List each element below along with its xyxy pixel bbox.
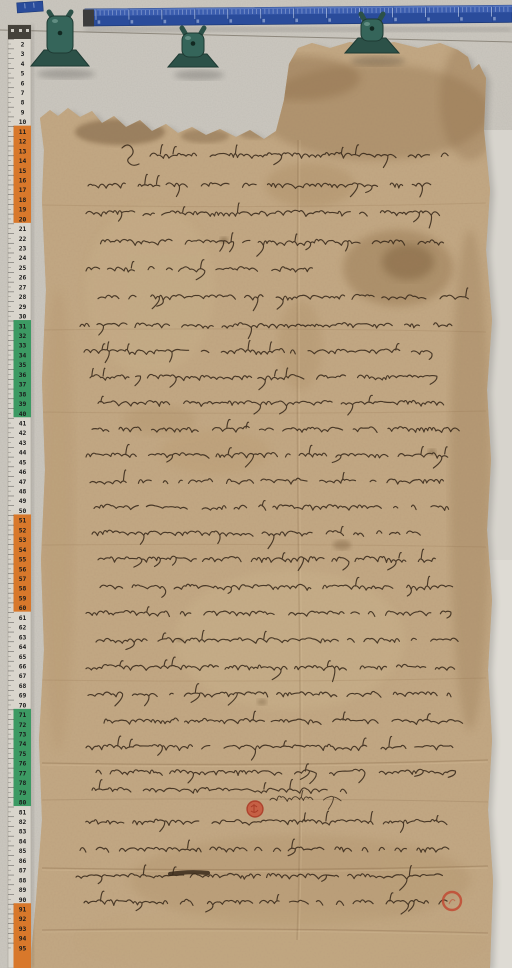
- ruler-number: 5: [21, 71, 25, 78]
- ruler-number: 79: [19, 790, 27, 797]
- ruler-number: 40: [19, 411, 27, 418]
- ruler-number: 35: [19, 362, 27, 369]
- ruler-number: 56: [19, 566, 27, 573]
- ruler-number: 54: [19, 547, 27, 554]
- ruler-number: 6: [21, 80, 25, 87]
- ruler-number: 43: [19, 440, 27, 447]
- ruler-number: 19: [19, 207, 27, 214]
- ruler-number: 78: [19, 780, 27, 787]
- ruler-number: 70: [19, 702, 27, 709]
- ruler-number: 65: [19, 654, 27, 661]
- ruler-number: 59: [19, 595, 27, 602]
- ruler-number: 89: [19, 887, 27, 894]
- ruler-number: 10: [19, 119, 27, 126]
- ruler-number: 85: [19, 848, 27, 855]
- ruler-number: 87: [19, 868, 27, 875]
- ruler-number: 71: [19, 712, 27, 719]
- ruler-number: 18: [19, 197, 27, 204]
- ruler-number: 73: [19, 732, 27, 739]
- ruler-number: 26: [19, 275, 27, 282]
- ruler-number: 13: [19, 148, 27, 155]
- scene-canvas: 2345678910111213141516171819202122232425…: [0, 0, 512, 968]
- ruler-number: 95: [19, 945, 27, 952]
- ruler-number: 8: [21, 100, 25, 107]
- ruler-number: 38: [19, 391, 27, 398]
- ruler-number: 29: [19, 304, 27, 311]
- ruler-number: 44: [19, 450, 27, 457]
- ruler-number: 82: [19, 819, 27, 826]
- ruler-number: 3: [21, 51, 25, 58]
- ruler-number: 91: [19, 906, 27, 913]
- ruler-number: 17: [19, 187, 27, 194]
- ruler-number: 55: [19, 557, 27, 564]
- tape-measure-horizontal: [83, 5, 512, 32]
- ruler-number: 66: [19, 663, 27, 670]
- ruler-number: 25: [19, 265, 27, 272]
- ruler-number: 61: [19, 615, 27, 622]
- ruler-number: 63: [19, 634, 27, 641]
- ruler-number: 7: [21, 90, 25, 97]
- ruler-number: 80: [19, 800, 27, 807]
- ruler-number: 50: [19, 508, 27, 515]
- ink-strikethrough: [170, 872, 208, 874]
- archival-photo-of-tibetan-manuscript: 2345678910111213141516171819202122232425…: [0, 0, 512, 968]
- ruler-number: 51: [19, 518, 27, 525]
- ruler-number: 27: [19, 284, 27, 291]
- ruler-number: 16: [19, 177, 27, 184]
- ruler-number: 47: [19, 479, 27, 486]
- ruler-number: 75: [19, 751, 27, 758]
- ruler-number: 88: [19, 877, 27, 884]
- ruler-number: 74: [19, 741, 27, 748]
- ruler-number: 76: [19, 761, 27, 768]
- ruler-number: 15: [19, 168, 27, 175]
- ruler-number: 2: [21, 41, 25, 48]
- ruler-number: 21: [19, 226, 27, 233]
- ruler-number: 83: [19, 829, 27, 836]
- ruler-number: 94: [19, 936, 27, 943]
- ruler-number: 67: [19, 673, 27, 680]
- ruler-number: 9: [21, 109, 25, 116]
- ruler-number: 34: [19, 352, 27, 359]
- ruler-number: 52: [19, 527, 27, 534]
- ruler-number: 14: [19, 158, 27, 165]
- ruler-number: 11: [19, 129, 27, 136]
- folding-ruler-vertical: 2345678910111213141516171819202122232425…: [8, 25, 34, 968]
- red-seal-stamp: [247, 801, 263, 817]
- ruler-number: 22: [19, 236, 27, 243]
- ruler-number: 45: [19, 459, 27, 466]
- manuscript-paper: [28, 38, 500, 968]
- ruler-number: 68: [19, 683, 27, 690]
- ruler-number: 57: [19, 576, 27, 583]
- ruler-number: 46: [19, 469, 27, 476]
- ruler-number: 86: [19, 858, 27, 865]
- ruler-number: 23: [19, 246, 27, 253]
- ruler-number: 4: [21, 61, 25, 68]
- ruler-number: 32: [19, 333, 27, 340]
- ruler-number: 60: [19, 605, 27, 612]
- ruler-number: 48: [19, 489, 27, 496]
- ruler-number: 41: [19, 420, 27, 427]
- ruler-number: 69: [19, 693, 27, 700]
- ruler-number: 58: [19, 586, 27, 593]
- ruler-number: 53: [19, 537, 27, 544]
- ruler-number: 28: [19, 294, 27, 301]
- ruler-number: 81: [19, 809, 27, 816]
- ruler-number: 92: [19, 916, 27, 923]
- ruler-number: 37: [19, 382, 27, 389]
- ruler-number: 30: [19, 314, 27, 321]
- ruler-number: 77: [19, 770, 27, 777]
- ruler-number: 84: [19, 838, 27, 845]
- ruler-number: 20: [19, 216, 27, 223]
- ruler-number: 24: [19, 255, 27, 262]
- paper-stains: [28, 38, 500, 968]
- tape-end-tab: [83, 9, 94, 26]
- ruler-number: 64: [19, 644, 27, 651]
- ruler-number: 49: [19, 498, 27, 505]
- ruler-number: 42: [19, 430, 27, 437]
- ruler-number: 72: [19, 722, 27, 729]
- tape-fragment-top-left: [17, 1, 44, 13]
- ruler-number: 12: [19, 139, 27, 146]
- ruler-number: 36: [19, 372, 27, 379]
- ruler-number: 62: [19, 625, 27, 632]
- ruler-number: 93: [19, 926, 27, 933]
- ruler-number: 31: [19, 323, 27, 330]
- ruler-number: 39: [19, 401, 27, 408]
- ruler-number: 90: [19, 897, 27, 904]
- ruler-number: 33: [19, 343, 27, 350]
